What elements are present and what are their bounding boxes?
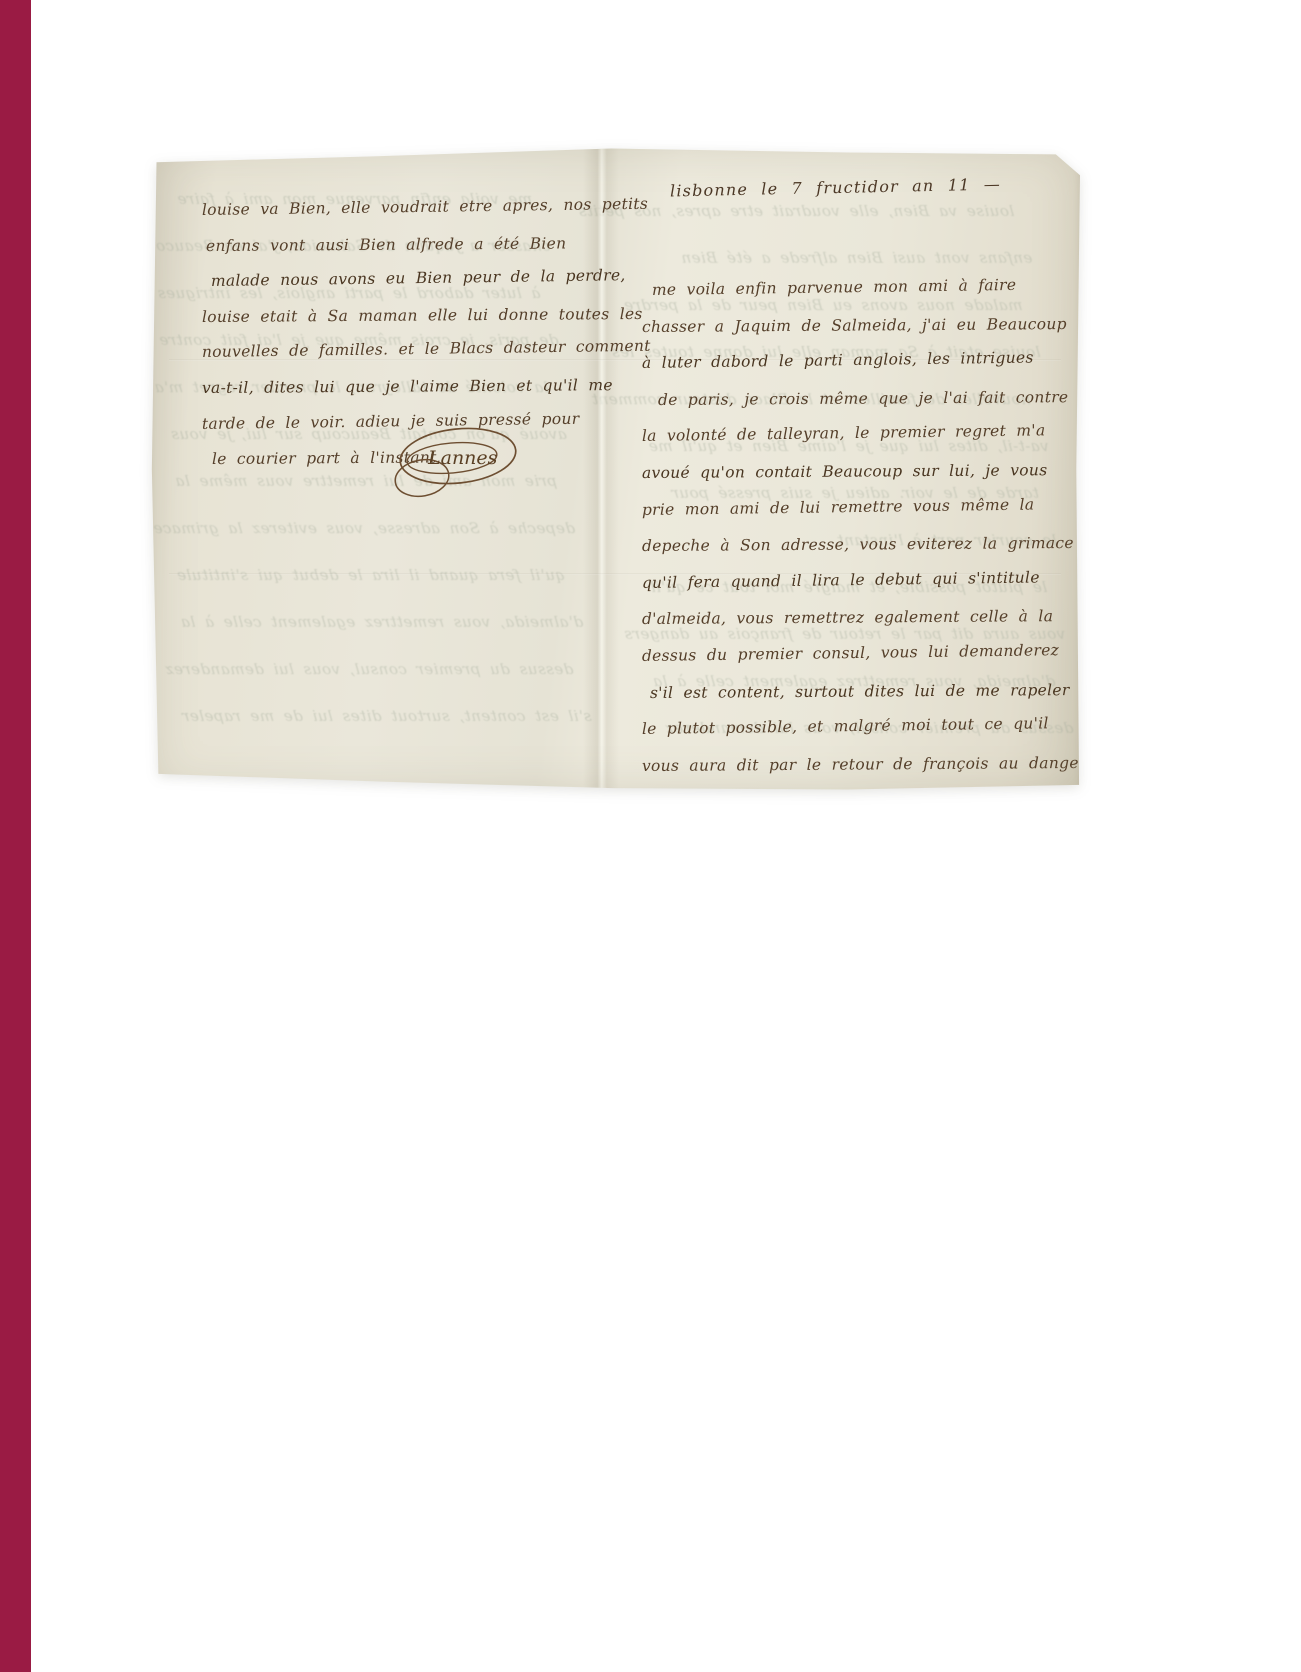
handwritten-line: prie mon ami de lui remettre vous même l… [642, 494, 1095, 537]
handwritten-line: à luter dabord le parti anglois, les int… [642, 348, 1095, 391]
handwritten-line: qu'il fera quand il lira le debut qui s'… [642, 567, 1095, 610]
handwritten-line: avoué qu'on contait Beaucoup sur lui, je… [642, 461, 1095, 501]
handwritten-line: nouvelles de familles. et le Blacs daste… [202, 337, 651, 379]
handwritten-line: dessus du premier consul, vous lui deman… [642, 641, 1095, 684]
bleedthrough-line: dessus du premier consul, vous lui deman… [184, 660, 576, 707]
bleedthrough-line: d'almeida, vous remettrez egalement cell… [180, 613, 586, 660]
bleedthrough-line: depeche à Son adresse, vous eviterez la … [172, 519, 578, 566]
signature-name: Lannes [427, 447, 498, 469]
handwritten-line: le plutot possible, et malgré moi tout c… [642, 714, 1095, 757]
handwritten-line: malade nous avons eu Bien peur de la per… [211, 266, 651, 308]
handwritten-line: vous aura dit par le retour de françois … [642, 754, 1095, 794]
signature-block: Lannes [388, 414, 522, 510]
letter-photo: me voila enfin parvenue mon ami à faire … [150, 144, 1080, 794]
handwritten-line: me voila enfin parvenue mon ami à faire [652, 275, 1095, 318]
left-accent-bar [0, 0, 31, 1672]
signature-flourish-icon: Lannes [388, 414, 522, 510]
handwritten-line: louise va Bien, elle voudrait etre apres… [202, 195, 651, 237]
right-page-text: me voila enfin parvenue mon ami à faire … [642, 281, 1095, 793]
handwritten-line: la volonté de talleyran, le premier regr… [642, 421, 1095, 464]
date-line: lisbonne le 7 fructidor an 11 — [670, 175, 1001, 201]
letter-paper: me voila enfin parvenue mon ami à faire … [150, 144, 1080, 794]
bleedthrough-line: louise va Bien, elle voudrait etre apres… [619, 202, 1017, 249]
bleedthrough-line: s'il est content, surtout dites lui de m… [189, 707, 595, 754]
